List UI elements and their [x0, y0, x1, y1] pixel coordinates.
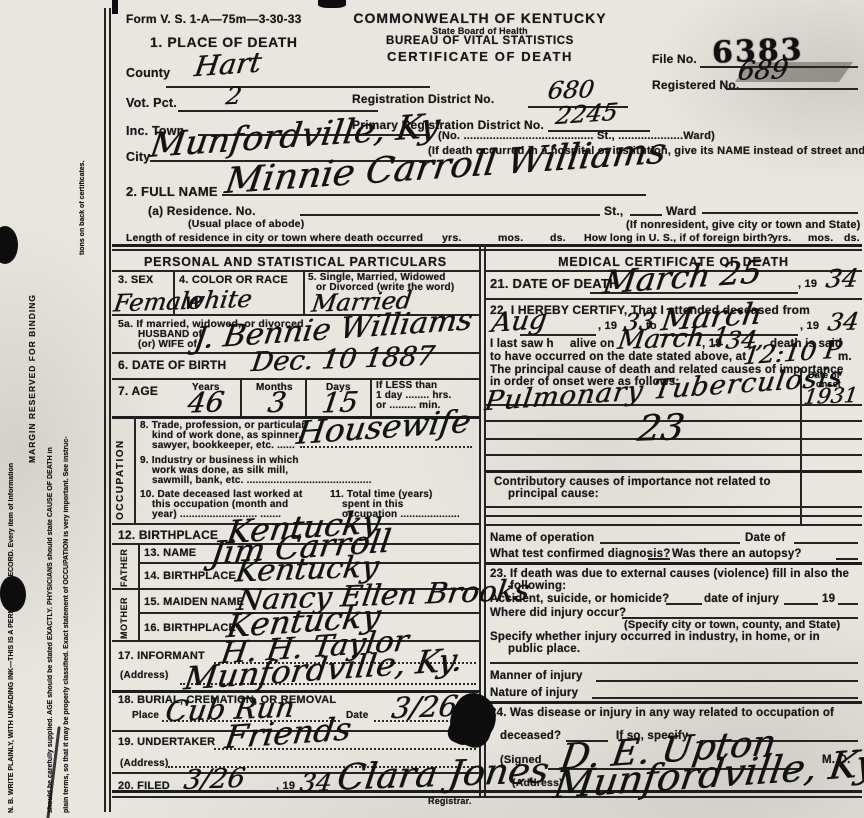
filed-date-value: 3/26 [182, 763, 247, 796]
full-name-label: 2. FULL NAME [126, 184, 218, 199]
ds2-label: ds. [844, 232, 860, 244]
margin-note-line2: should be carefully supplied. AGE should… [47, 45, 61, 813]
injury-date-label: date of injury [704, 593, 779, 605]
lastsaw-value: March 1 [616, 322, 732, 356]
occupation-side-label: OCCUPATION [115, 422, 131, 520]
cell-divider [240, 378, 242, 416]
operation-date-label: Date of [745, 532, 785, 544]
rule-line [112, 244, 862, 247]
sex-label: 3. SEX [118, 274, 153, 286]
voting-precinct-value: 2 [224, 82, 243, 111]
cell-divider [134, 416, 136, 523]
howlong-label: How long in U. S., if of foreign birth? [584, 232, 774, 244]
rule-line [112, 378, 479, 380]
rule-line [794, 542, 858, 544]
street-label: St., [604, 204, 623, 218]
dod-year-value: 34 [824, 263, 860, 293]
residence-label: (a) Residence. No. [148, 204, 256, 218]
dob-value: Dec. 10 1887 [249, 341, 436, 378]
binding-rule [109, 8, 111, 812]
rule-line [300, 214, 600, 216]
rule-line [648, 558, 670, 560]
rule-line [600, 542, 740, 544]
undertaker-label: 19. UNDERTAKER [118, 736, 215, 748]
father-name-label: 13. NAME [144, 547, 196, 559]
rule-line [485, 701, 862, 704]
age-label: 7. AGE [118, 384, 158, 398]
birthplace-label: 12. BIRTHPLACE [118, 528, 218, 542]
rule-line [112, 270, 479, 272]
test-label: What test confirmed diagnosis? [490, 548, 670, 560]
registration-district-label: Registration District No. [352, 92, 494, 106]
margin-binding-note: MARGIN RESERVED FOR BINDING [27, 215, 43, 463]
cell-divider [138, 588, 140, 640]
rule-line [622, 617, 858, 619]
specify-label-1: Specify whether injury occurred in indus… [490, 631, 820, 643]
commonwealth-title: COMMONWEALTH OF KENTUCKY [330, 10, 630, 26]
rule-line [726, 88, 858, 90]
personal-section-title: PERSONAL AND STATISTICAL PARTICULARS [112, 255, 479, 269]
lastsaw-label-2: alive on [570, 338, 614, 350]
form-number: Form V. S. 1-A—75m—3-30-33 [126, 12, 302, 26]
edge-mark [318, 0, 346, 8]
rule-line [485, 506, 862, 508]
manner-of-injury-label: Manner of injury [490, 670, 583, 682]
rule-line [784, 603, 818, 605]
primary-registration-value: 2245 [554, 98, 620, 130]
rule-line [666, 603, 702, 605]
burial-place-label: Place [132, 710, 159, 721]
contributory-label-1: Contributory causes of importance not re… [494, 476, 771, 488]
rule-line [485, 524, 862, 526]
age-months-value: 3 [266, 386, 289, 420]
filed-year-value: 34 [298, 767, 334, 797]
industry-label-3: sawmill, bank, etc. ....................… [152, 475, 372, 486]
binding-rule [104, 8, 106, 812]
related-occupation-label: 24. Was disease or injury in any way rel… [490, 707, 834, 719]
abode-note: (Usual place of abode) [188, 218, 304, 230]
where-injury-label: Where did injury occur? [490, 607, 626, 619]
city-label: City [126, 150, 150, 164]
ink-blot [0, 576, 26, 612]
operation-label: Name of operation [490, 532, 594, 544]
mother-maiden-label: 15. MAIDEN NAME [144, 596, 244, 608]
cell-divider [305, 378, 307, 416]
autopsy-label: Was there an autopsy? [672, 548, 802, 560]
yrs-label: yrs. [442, 232, 461, 244]
scribble-mark: 23 [635, 407, 687, 450]
file-no-label: File No. [652, 52, 697, 66]
injury-year-label: 19 [822, 593, 835, 605]
voting-precinct-label: Vot. Pct. [126, 96, 177, 110]
rule-line [485, 562, 862, 565]
to-year-printed: , 19 [800, 320, 819, 332]
margin-note-line1: N. B. WRITE PLAINLY, WITH UNFADING INK—T… [8, 45, 22, 813]
to-year-value: 34 [826, 307, 861, 336]
mother-birthplace-label: 16. BIRTHPLACE [144, 622, 236, 634]
father-birthplace-label: 14. BIRTHPLACE [144, 570, 236, 582]
where-injury-note: (Specify city or town, county, and State… [624, 619, 840, 631]
specify-label-2: public place. [508, 643, 580, 655]
nonresident-note: (If nonresident, give city or town and S… [626, 219, 861, 231]
ds-label: ds. [550, 232, 566, 244]
county-label: County [126, 66, 170, 80]
yrs2-label: yrs. [772, 232, 791, 244]
bureau-subtitle: BUREAU OF VITAL STATISTICS [330, 35, 630, 47]
registrar-signature: Clara Jones [335, 750, 552, 798]
attended-from-value: Aug [489, 304, 548, 339]
lastsaw-label-1: I last saw h [490, 338, 554, 350]
rule-line [485, 515, 862, 517]
rule-line [630, 214, 662, 216]
length-residence-label: Length of residence in city or town wher… [126, 232, 423, 244]
wife-label: (or) WIFE of [138, 339, 197, 350]
from-year-printed: , 19 [598, 320, 617, 332]
rule-line [112, 796, 862, 798]
mos2-label: mos. [808, 232, 833, 244]
rule-line [485, 470, 862, 473]
color-race-label: 4. COLOR OR RACE [179, 274, 288, 286]
rule-line [485, 298, 862, 300]
registered-no-value: 689 [736, 55, 790, 87]
rule-line [548, 130, 650, 132]
dob-label: 6. DATE OF BIRTH [118, 358, 226, 372]
contributory-label-2: principal cause: [508, 488, 599, 500]
mos-label: mos. [498, 232, 523, 244]
father-side-label: FATHER [119, 545, 133, 587]
deceased-label: deceased? [500, 730, 561, 742]
ward-label: Ward [666, 204, 696, 218]
rule-line [112, 249, 862, 251]
rule-line [490, 662, 858, 664]
color-race-value: white [182, 285, 254, 315]
edge-mark [112, 0, 118, 14]
mother-side-label: MOTHER [119, 590, 133, 639]
death-certificate-scan: N. B. WRITE PLAINLY, WITH UNFADING INK—T… [0, 0, 864, 818]
rule-line [836, 558, 858, 560]
undertaker-address-label: (Address) [120, 758, 168, 769]
dod-year-printed: , 19 [798, 278, 817, 290]
margin-note-line3: plain terms, so that it may be properly … [63, 45, 77, 813]
age-years-value: 46 [186, 385, 227, 419]
rule-line [166, 86, 430, 88]
nature-of-injury-label: Nature of injury [490, 687, 578, 699]
margin-note-line4: tions on back of certificates. [79, 45, 93, 255]
external-causes-label-1: 23. If death was due to external causes … [490, 568, 849, 580]
rule-line [838, 603, 858, 605]
county-value: Hart [192, 46, 263, 84]
rule-line [485, 454, 862, 456]
date-of-death-label: 21. DATE OF DEATH [490, 276, 619, 291]
cell-divider [138, 543, 140, 588]
rule-line [592, 697, 858, 699]
rule-line [702, 212, 858, 214]
rule-line [596, 680, 858, 682]
certificate-title: CERTIFICATE OF DEATH [330, 49, 630, 64]
cell-divider [303, 270, 305, 314]
informant-address-label: (Address) [120, 670, 168, 681]
occupation-label-3: sawyer, bookkeeper, etc. ...... [152, 440, 295, 451]
